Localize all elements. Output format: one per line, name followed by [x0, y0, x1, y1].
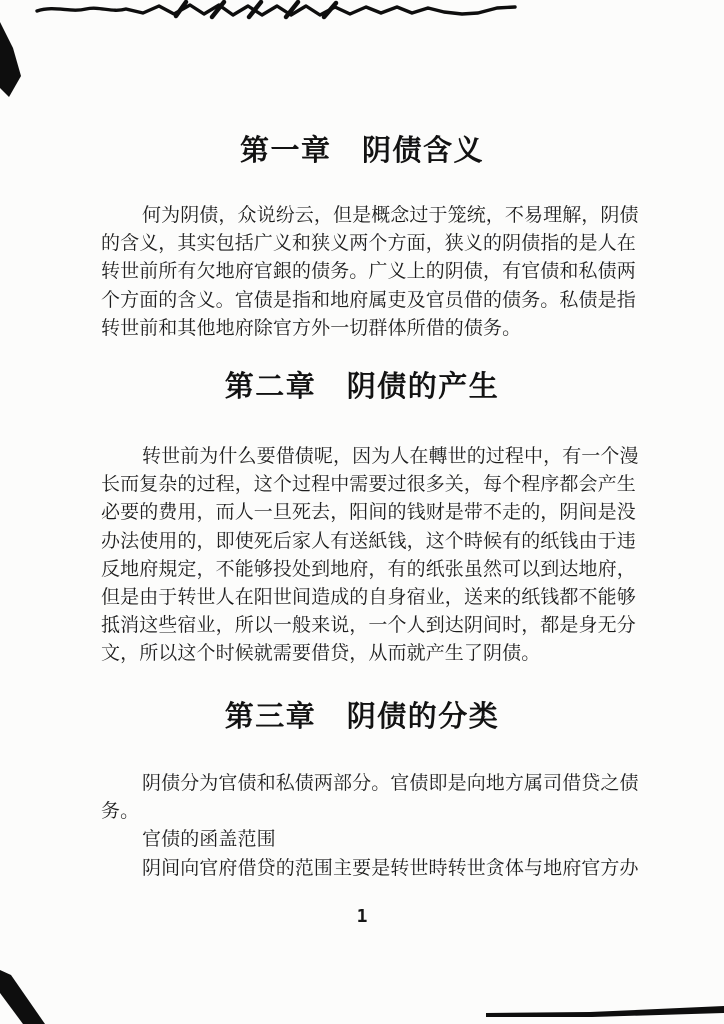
text-line: 反地府規定，不能够投处到地府，有的纸张虽然可以到达地府，	[101, 556, 641, 584]
chapter-2-heading: 第二章 阴债的产生	[0, 368, 724, 404]
text-line: 文，所以这个时候就需要借贷，从而就产生了阴债。	[101, 640, 641, 668]
top-edge-hatch-marks	[176, 2, 336, 17]
chapter-1-heading: 第一章 阴债含义	[0, 132, 724, 168]
text-line: 阴间向官府借贷的范围主要是转世時转世贪体与地府官方办	[101, 855, 641, 883]
text-line: 转世前和其他地府除官方外一切群体所借的债务。	[101, 315, 641, 343]
chapter-1-paragraph: 何为阴债，众说纷云，但是概念过于笼统，不易理解，阴债 的含义，其实包括广义和狭义…	[101, 202, 641, 343]
chapter-3-heading: 第三章 阴债的分类	[0, 698, 724, 734]
text-line: 转世前为什么要借债呢，因为人在轉世的过程中，有一个漫	[101, 443, 641, 471]
text-line: 官债的函盖范围	[101, 826, 641, 854]
text-line: 必要的费用，而人一旦死去，阳间的钱财是带不走的，阴间是没	[101, 499, 641, 527]
bottom-left-corner-mark	[0, 970, 45, 1024]
page-number: 1	[0, 906, 724, 927]
text-line: 务。	[101, 798, 641, 826]
text-line: 抵消这些宿业，所以一般来说，一个人到达阴间时，都是身无分	[101, 612, 641, 640]
text-line: 何为阴债，众说纷云，但是概念过于笼统，不易理解，阴债	[101, 202, 641, 230]
scanned-book-page: 第一章 阴债含义 何为阴债，众说纷云，但是概念过于笼统，不易理解，阴债 的含义，…	[0, 0, 724, 1024]
bottom-edge-line	[486, 1006, 724, 1017]
chapter-2-paragraph: 转世前为什么要借债呢，因为人在轉世的过程中，有一个漫 长而复杂的过程，这个过程中…	[101, 443, 641, 669]
text-line: 阴债分为官债和私债两部分。官债即是向地方属司借贷之债	[101, 770, 641, 798]
text-line: 长而复杂的过程，这个过程中需要过很多关，每个程序都会产生	[101, 471, 641, 499]
text-line: 个方面的含义。官债是指和地府属吏及官员借的债务。私债是指	[101, 287, 641, 315]
text-line: 转世前所有欠地府官銀的债务。广义上的阴债，有官债和私债两	[101, 258, 641, 286]
text-line: 的含义，其实包括广义和狭义两个方面，狭义的阴债指的是人在	[101, 230, 641, 258]
top-edge-scribble	[37, 5, 515, 15]
text-line: 办法使用的，即使死后家人有送紙钱，这个時候有的纸钱由于违	[101, 528, 641, 556]
text-line: 但是由于转世人在阳世间造成的自身宿业，送来的纸钱都不能够	[101, 584, 641, 612]
chapter-3-paragraph: 阴债分为官债和私债两部分。官债即是向地方属司借贷之债 务。 官债的函盖范围 阴间…	[101, 770, 641, 883]
left-edge-mark	[0, 22, 21, 97]
